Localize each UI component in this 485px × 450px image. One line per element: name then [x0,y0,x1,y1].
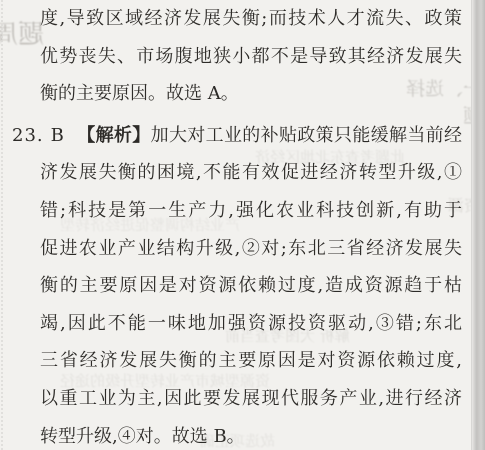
text-line: 三省经济发展失衡的主要原因是对资源依赖过度, [40,342,462,380]
text-line: 优势丧失、市场腹地狭小都不是导致其经济发展失 [40,38,462,76]
question-number: 23. B [12,125,65,146]
text-line: 济发展失衡的困境,不能有效促进经济转型升级,① [40,154,462,192]
text-line: 23. B【解析】加大对工业的补贴政策只能缓解当前经 [12,117,462,155]
text-line: 促进农业产业结构升级,②对;东北三省经济发展失 [40,230,462,268]
answer-text-block: 度,导致区域经济发展失衡;而技术人才流失、政策 优势丧失、市场腹地狭小都不是导致… [0,0,467,450]
text-line: 错;科技是第一生产力,强化农业科技创新,有助于 [40,192,462,230]
text-line: 加大对工业的补贴政策只能缓解当前经 [151,125,462,146]
scanned-answer-page: 题周 一、选择题 此题考查东北地区经济 资源 产业结构调整促进经济转型 解析 大… [0,0,485,450]
answer-22-continuation: 度,导致区域经济发展失衡;而技术人才流失、政策 优势丧失、市场腹地狭小都不是导致… [0,0,462,113]
text-line: 衡的主要原因。故选 A。 [40,75,462,113]
text-line: 转型升级,④对。故选 B。 [40,418,462,450]
answer-23: 23. B【解析】加大对工业的补贴政策只能缓解当前经 济发展失衡的困境,不能有效… [0,117,462,450]
text-line: 以重工业为主,因此要发展现代服务产业,进行经济 [40,380,462,418]
text-line: 竭,因此不能一味地加强资源投资驱动,③错;东北 [40,305,462,343]
page-gutter-shadow [471,0,485,450]
scan-edge-line [1,0,3,450]
text-line: 衡的主要原因是对资源依赖过度,造成资源趋于枯 [40,267,462,305]
analysis-label: 【解析】 [77,125,151,146]
text-line: 度,导致区域经济发展失衡;而技术人才流失、政策 [40,0,462,38]
